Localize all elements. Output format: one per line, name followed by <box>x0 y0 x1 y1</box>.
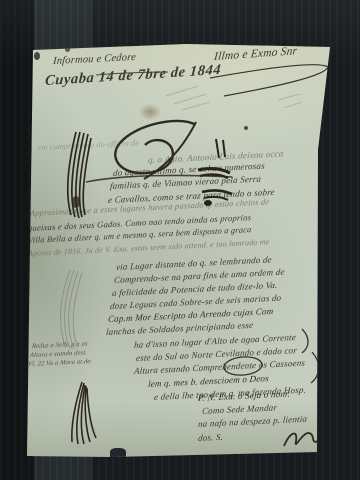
pen-stroke-bundle-upper-left <box>68 132 91 218</box>
manuscript-paper: Informou e Cedore Cuyaba 14 de 7bre de 1… <box>26 44 332 458</box>
photo-of-manuscript: { "document": { "kind": "handwritten man… <box>0 0 360 480</box>
faint-stroke-bundle-mid-left <box>61 270 82 349</box>
annotation-underline <box>96 72 168 75</box>
pen-stroke-bundle-lower-left <box>72 382 96 444</box>
dark-backdrop: Informou e Cedore Cuyaba 14 de 7bre de 1… <box>0 0 360 480</box>
handwriting-flourishes <box>26 44 332 458</box>
salutation-underline-swash <box>210 65 328 96</box>
faint-pencil-marks <box>166 86 302 110</box>
signature-rubric-flourish <box>284 433 333 448</box>
ink-spot <box>28 90 32 97</box>
flourished-initial-D <box>86 121 232 182</box>
ink-smudge-center <box>198 139 232 206</box>
oval-loop-flourish <box>223 329 318 383</box>
